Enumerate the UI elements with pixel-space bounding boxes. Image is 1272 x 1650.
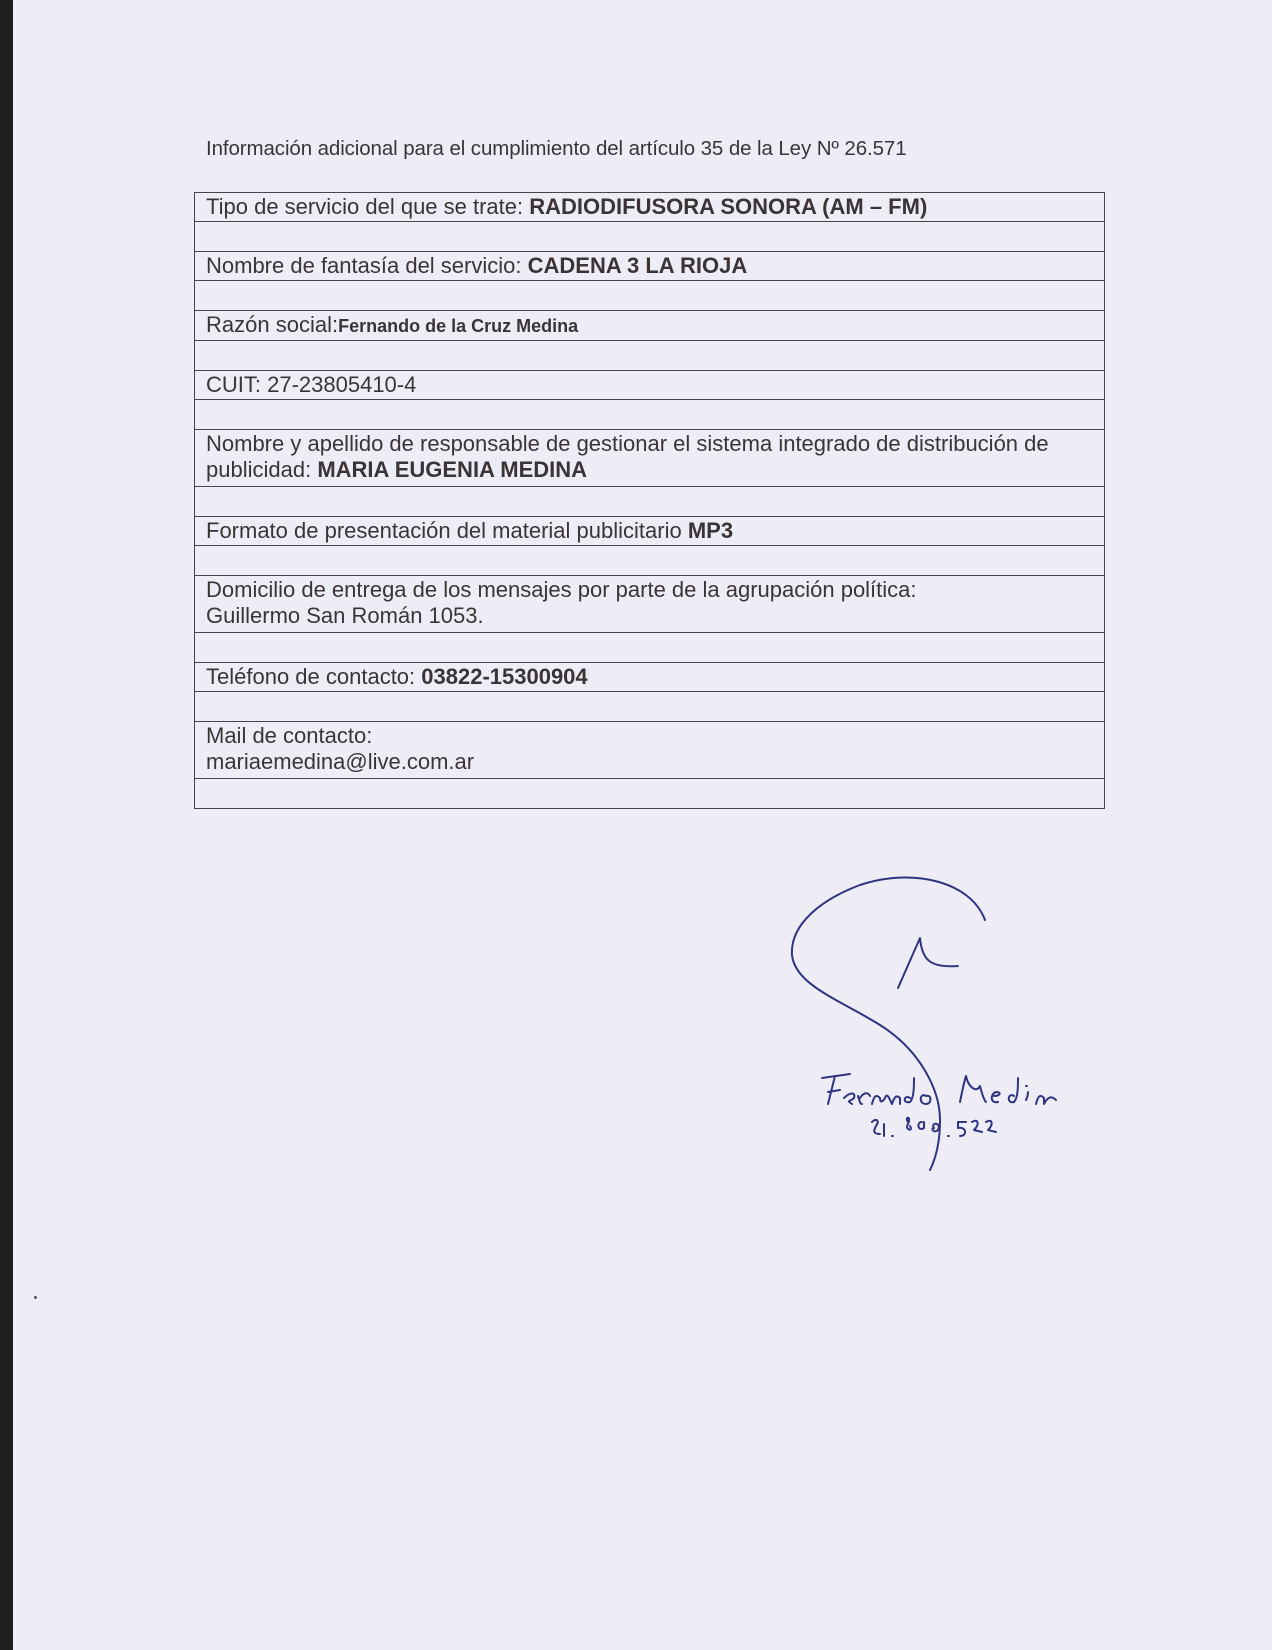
blank-row bbox=[195, 779, 1105, 809]
service-type-label: Tipo de servicio del que se trate: bbox=[206, 194, 529, 219]
fantasy-name-value: CADENA 3 LA RIOJA bbox=[528, 253, 748, 278]
scan-speck bbox=[34, 1296, 37, 1299]
fantasy-name-label: Nombre de fantasía del servicio: bbox=[206, 253, 528, 278]
phone-label: Teléfono de contacto: bbox=[206, 664, 421, 689]
blank-row bbox=[195, 341, 1105, 371]
row-service-type: Tipo de servicio del que se trate: RADIO… bbox=[195, 193, 1105, 222]
row-format: Formato de presentación del material pub… bbox=[195, 517, 1105, 546]
email-value: mariaemedina@live.com.ar bbox=[206, 749, 1093, 775]
email-label: Mail de contacto: bbox=[206, 723, 1093, 749]
row-business-name: Razón social:Fernando de la Cruz Medina bbox=[195, 311, 1105, 341]
row-fantasy-name: Nombre de fantasía del servicio: CADENA … bbox=[195, 252, 1105, 281]
blank-row bbox=[195, 487, 1105, 517]
blank-row bbox=[195, 281, 1105, 311]
format-label: Formato de presentación del material pub… bbox=[206, 518, 688, 543]
business-name-value: Fernando de la Cruz Medina bbox=[338, 316, 578, 336]
document-heading: Información adicional para el cumplimien… bbox=[206, 137, 907, 161]
row-responsible: Nombre y apellido de responsable de gest… bbox=[195, 430, 1105, 487]
delivery-address-value: Guillermo San Román 1053. bbox=[206, 603, 1093, 629]
blank-row bbox=[195, 692, 1105, 722]
row-email: Mail de contacto:mariaemedina@live.com.a… bbox=[195, 722, 1105, 779]
business-name-label: Razón social: bbox=[206, 312, 338, 337]
blank-row bbox=[195, 222, 1105, 252]
row-delivery-address: Domicilio de entrega de los mensajes por… bbox=[195, 576, 1105, 633]
service-type-value: RADIODIFUSORA SONORA (AM – FM) bbox=[529, 194, 927, 219]
handwritten-signature bbox=[780, 860, 1140, 1180]
responsible-value: MARIA EUGENIA MEDINA bbox=[317, 457, 587, 482]
row-phone: Teléfono de contacto: 03822-15300904 bbox=[195, 663, 1105, 692]
delivery-address-label: Domicilio de entrega de los mensajes por… bbox=[206, 577, 1093, 603]
info-table: Tipo de servicio del que se trate: RADIO… bbox=[194, 192, 1105, 809]
blank-row bbox=[195, 633, 1105, 663]
blank-row bbox=[195, 400, 1105, 430]
row-cuit: CUIT: 27-23805410-4 bbox=[195, 371, 1105, 400]
blank-row bbox=[195, 546, 1105, 576]
format-value: MP3 bbox=[688, 518, 733, 543]
phone-value: 03822-15300904 bbox=[421, 664, 587, 689]
cuit-text: CUIT: 27-23805410-4 bbox=[206, 372, 416, 397]
